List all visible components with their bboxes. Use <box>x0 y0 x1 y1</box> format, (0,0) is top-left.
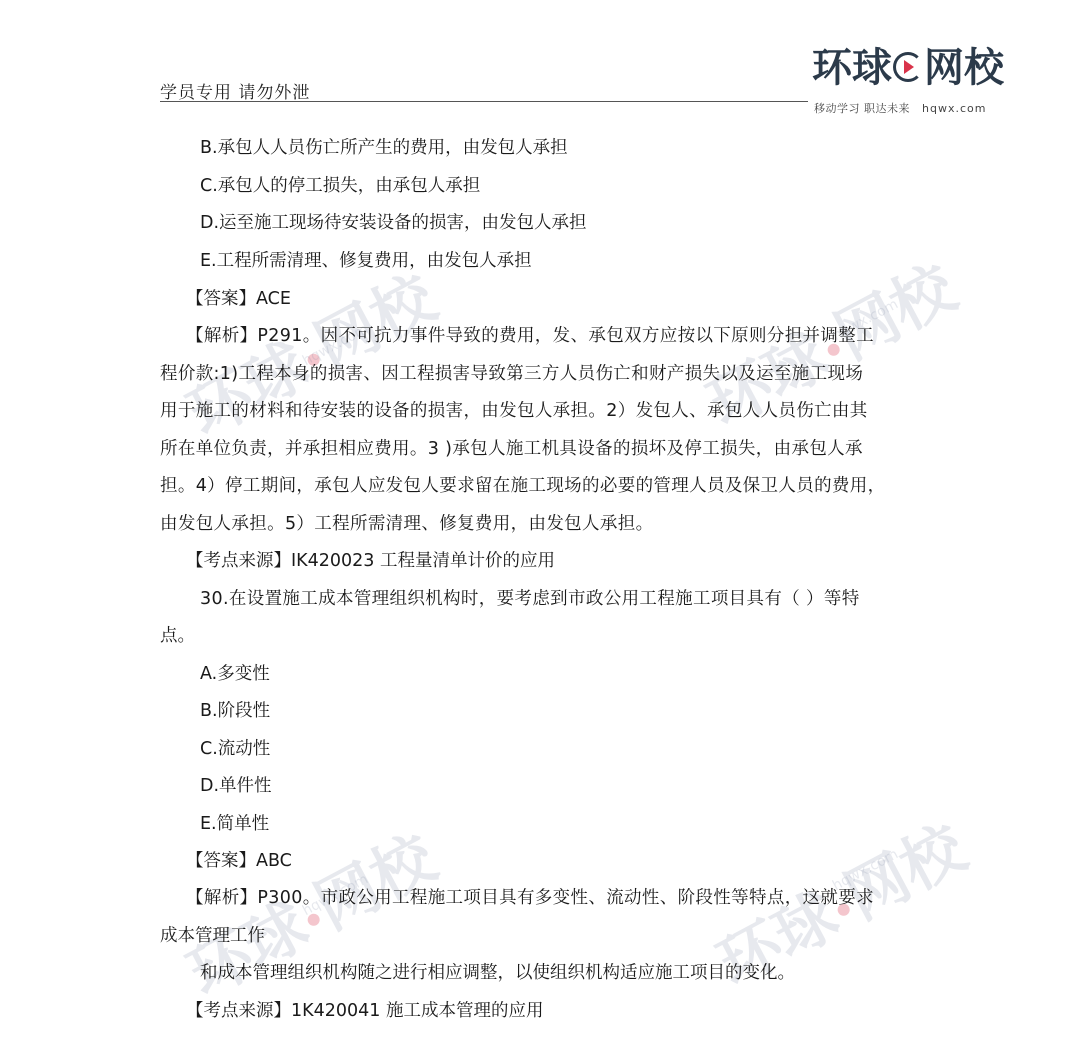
watermark-text: 网校 <box>833 811 977 934</box>
answer-value: ABC <box>256 851 292 871</box>
q29-option-b: B.承包人人员伤亡所产生的费用，由发包人承担 <box>200 136 568 160</box>
brand-logo: 环球网校 移动学习 职达未来hqwx.com <box>812 46 1012 116</box>
logo-slogan: 移动学习 职达未来 <box>814 102 910 115</box>
q30-option-c: C.流动性 <box>200 737 270 761</box>
q29-option-d: D.运至施工现场待安装设备的损害，由发包人承担 <box>200 211 587 235</box>
document-page: 环球网校 hqwx.com 环球网校 hqwx.com 环球网校 hqwx.co… <box>0 0 1080 1056</box>
logo-tagline: 移动学习 职达未来hqwx.com <box>814 100 986 116</box>
q29-analysis-line: 【解析】P291。因不可抗力事件导致的费用，发、承包双方应按以下原则分担并调整工 <box>186 324 874 348</box>
q29-analysis-line: 由发包人承担。5）工程所需清理、修复费用，由发包人承担。 <box>160 512 653 536</box>
q30-option-b: B.阶段性 <box>200 699 270 723</box>
q29-option-c: C.承包人的停工损失，由承包人承担 <box>200 174 480 198</box>
play-icon <box>893 52 923 82</box>
q30-option-e: E.简单性 <box>200 812 269 836</box>
answer-label: 【答案】 <box>186 289 256 309</box>
logo-text-left: 环球 <box>812 45 892 91</box>
q30-stem-continued: 点。 <box>160 624 195 648</box>
logo-url: hqwx.com <box>922 102 986 115</box>
q30-analysis-line: 【解析】P300。市政公用工程施工项目具有多变性、流动性、阶段性等特点，这就要求 <box>186 886 874 910</box>
logo-wordmark: 环球网校 <box>812 46 1004 90</box>
confidential-note: 学员专用 请勿外泄 <box>160 78 310 103</box>
logo-text-right: 网校 <box>924 45 1004 91</box>
q29-analysis-line: 用于施工的材料和待安装的设备的损害，由发包人承担。2）发包人、承包人人员伤亡由其 <box>160 399 868 423</box>
q30-stem: 30.在设置施工成本管理组织机构时，要考虑到市政公用工程施工项目具有（ ）等特 <box>200 587 860 611</box>
q30-option-a: A.多变性 <box>200 662 270 686</box>
play-icon <box>306 912 322 928</box>
q30-option-d: D.单件性 <box>200 774 272 798</box>
answer-label: 【答案】 <box>186 851 256 871</box>
watermark-text: 网校 <box>303 821 447 944</box>
q29-analysis-line: 程价款:1)工程本身的损害、因工程损害导致第三方人员伤亡和财产损失以及运至施工现… <box>160 362 863 386</box>
watermark-text: 网校 <box>823 251 967 374</box>
q30-analysis-line: 成本管理工作 <box>160 924 265 948</box>
q30-source: 【考点来源】1K420041 施工成本管理的应用 <box>186 999 543 1023</box>
q30-answer: 【答案】ABC <box>186 849 292 873</box>
q29-option-e: E.工程所需清理、修复费用，由发包人承担 <box>200 249 532 273</box>
header-divider <box>160 101 808 102</box>
q29-analysis-line: 所在单位负责，并承担相应费用。3 )承包人施工机具设备的损坏及停工损失，由承包人… <box>160 437 863 461</box>
q29-answer: 【答案】ACE <box>186 287 291 311</box>
answer-value: ACE <box>256 289 291 309</box>
q30-analysis-line: 和成本管理组织机构随之进行相应调整，以使组织机构适应施工项目的变化。 <box>200 961 795 985</box>
q29-source: 【考点来源】IK420023 工程量清单计价的应用 <box>186 549 555 573</box>
q29-analysis-line: 担。4）停工期间，承包人应发包人要求留在施工现场的必要的管理人员及保卫人员的费用… <box>160 474 885 498</box>
